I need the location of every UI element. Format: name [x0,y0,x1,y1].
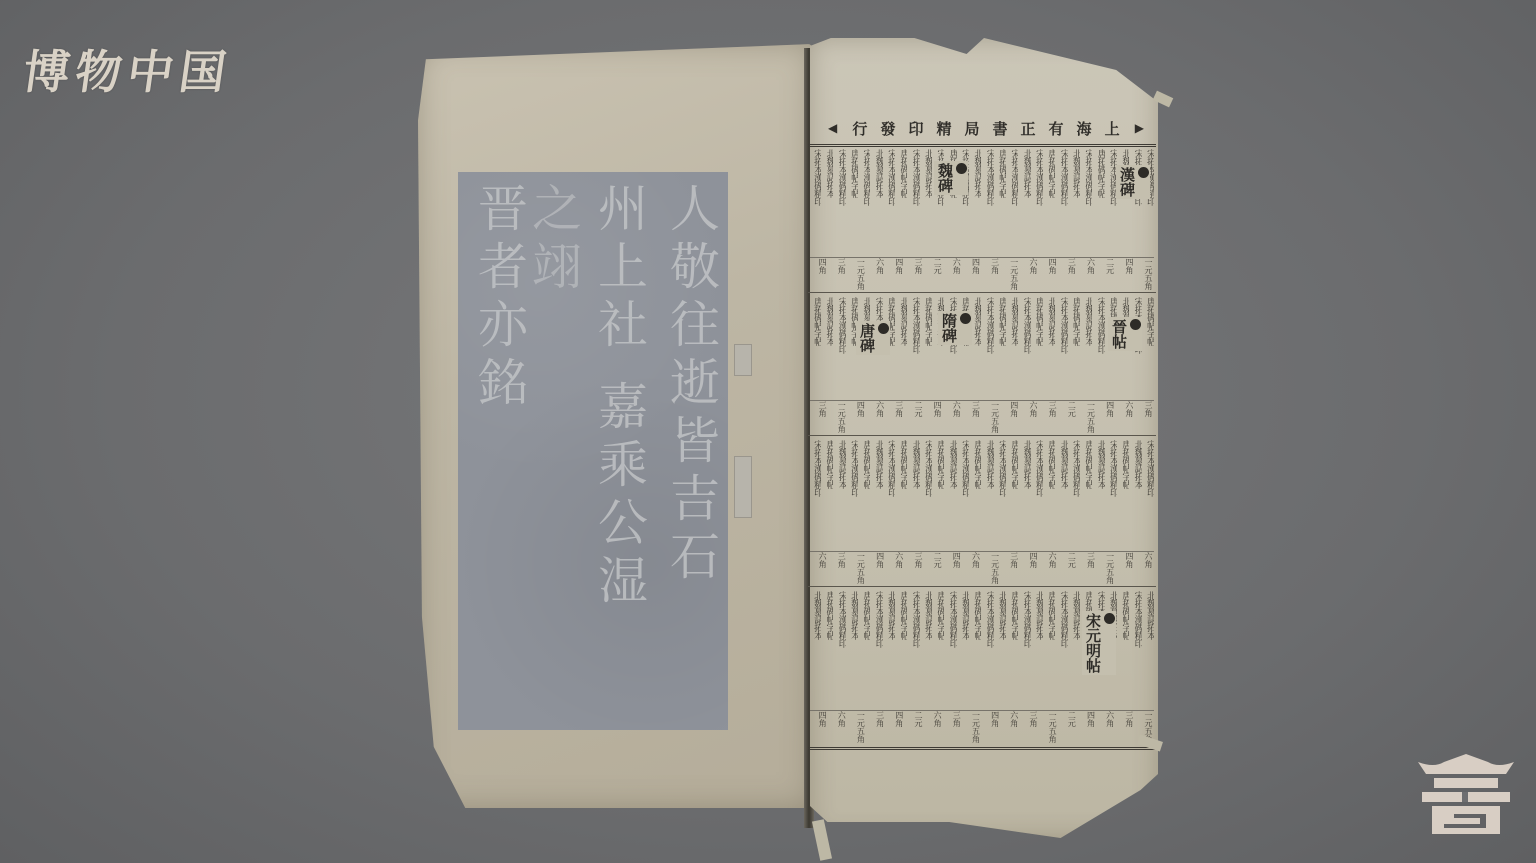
price: 四角 [887,711,905,743]
museum-china-logo: 博 物 中 国 [24,36,228,102]
price: 一元五角 [963,711,981,743]
price: 二元 [1097,258,1115,290]
header-char: 發 [880,118,895,139]
price: 六角 [1097,711,1115,743]
entry: 唐拓碑帖字帖 [1118,591,1129,709]
entry: 北魏墓誌拓本 [822,149,833,256]
entry: 宋拓本漢碑精印 [908,149,919,256]
entry: 北魏墓誌拓本 [982,440,993,550]
entry: 唐拓碑帖字帖 [1093,149,1104,256]
entry: 唐拓碑帖字帖 [847,149,858,256]
price: 六角 [963,552,981,584]
price: 二元 [1059,401,1077,433]
price: 四角 [1040,258,1058,290]
section-heading-wei-stele: 魏碑 [934,161,968,195]
section-title: 宋元明帖 [1084,613,1102,673]
logo-char: 中 [123,36,180,102]
section-title: 隋碑 [940,313,958,343]
price: 三角 [982,258,1000,290]
entry: 宋拓本漢碑精印 [859,149,870,256]
entry: 北魏墓誌拓本 [908,440,919,550]
entry: 宋拓本漢碑精印 [1130,591,1141,709]
price-row: 一元五角 三角 六角 四角 二元 一元五角 三角 六角 四角 一元五角 三角 六… [810,710,1154,743]
price: 一元五角 [982,552,1000,584]
entry: 宋拓本漢碑精印 [1056,297,1067,399]
entry: 北魏墓誌拓本 [1081,297,1092,399]
entry: 北魏墓誌拓本 [871,440,882,550]
entry: 北魏墓誌拓本 [1093,440,1104,550]
entry: 北魏墓誌拓本 [921,149,932,256]
entry-columns: 宋拓本漢碑精印 宋拓本漢碑精印 北魏墓誌拓本 宋拓本漢碑精印 唐拓碑帖字帖 宋拓… [810,149,1154,256]
price: 三角 [1059,258,1077,290]
entry: 北魏墓誌拓本 [1032,591,1043,709]
price: 六角 [944,258,962,290]
entry: 宋拓本漢碑精印 [982,591,993,709]
entry: 唐拓碑帖字帖 [859,591,870,709]
price: 四角 [1117,258,1135,290]
price: 一元五角 [1097,552,1115,584]
stele-rubbing: 人敬往逝皆吉石 州上社 嘉乘公湿 之翊 晋者亦銘 [458,172,728,730]
entry: 唐拓碑帖字帖 [1007,591,1018,709]
section-heading-tang-stele: 唐碑 [856,321,890,355]
entry: 宋拓本漢碑精印 [884,440,895,550]
logo-char: 博 [19,36,76,102]
entry: 唐拓碑帖字帖 [896,440,907,550]
entry: 宋拓本漢碑精印 [1081,149,1092,256]
price: 一元五角 [1078,401,1096,433]
price: 二元 [906,401,924,433]
price: 二元 [906,711,924,743]
section-title: 漢碑 [1118,167,1136,197]
header-char: 精 [936,118,951,139]
entry: 宋拓本漢碑精印 [1069,440,1080,550]
entry: 宋拓本漢碑精印 [1032,440,1043,550]
pavilion-logo-icon [1414,752,1518,838]
price: 一元五角 [848,711,866,743]
price: 二元 [1059,711,1077,743]
entry: 北魏墓誌拓本 [1007,297,1018,399]
price: 三角 [1040,401,1058,433]
bullet-icon [1130,319,1141,330]
entry: 宋拓本漢碑精印 [921,440,932,550]
entry: 北魏墓誌拓本 [896,297,907,399]
bullet-icon [960,313,971,324]
logo-char: 国 [175,36,232,102]
price: 六角 [944,401,962,433]
rubbing-column: 人敬往逝皆吉石 [666,182,716,588]
entry: 北魏墓誌拓本 [958,591,969,709]
entry: 唐拓碑帖字帖 [970,591,981,709]
price: 三角 [1002,552,1020,584]
entry: 宋拓本漢碑精印 [810,440,821,550]
entry: 宋拓本漢碑精印 [958,440,969,550]
price: 四角 [887,258,905,290]
header-char: 印 [908,118,923,139]
entry: 唐拓碑帖字帖 [822,440,833,550]
price: 六角 [1136,552,1154,584]
entry: 北魏墓誌拓本 [945,440,956,550]
catalog-band-4: 北魏墓誌拓本 宋拓本漢碑精印 唐拓碑帖字帖 北魏墓誌拓本 宋拓本漢碑精印 唐拓碑… [808,589,1156,745]
price: 六角 [829,711,847,743]
price-row: 一元五角 四角 二元 六角 三角 四角 六角 一元五角 三角 四角 六角 二元 … [810,257,1154,290]
catalog-band-2: 唐拓碑帖字帖 宋拓本漢碑精印 北魏墓誌拓本 唐拓碑帖字帖 宋拓本漢碑精印 北魏墓… [808,295,1156,436]
price: 三角 [1021,711,1039,743]
entry: 唐拓碑帖字帖 [1081,440,1092,550]
entry: 北魏墓誌拓本 [884,591,895,709]
entry: 唐拓碑帖字帖 [933,591,944,709]
price: 四角 [1117,552,1135,584]
entry: 宋拓本漢碑精印 [884,149,895,256]
bullet-icon [956,163,967,174]
section-title: 魏碑 [936,163,954,193]
entry: 宋拓本漢碑精印 [847,440,858,550]
section-title: 晉帖 [1110,319,1128,349]
price: 六角 [925,711,943,743]
price: 四角 [982,711,1000,743]
entry: 北魏墓誌拓本 [834,440,845,550]
header-char: 局 [964,118,979,139]
bullet-icon [1138,167,1149,178]
price: 四角 [944,552,962,584]
entry: 唐拓碑帖字帖 [995,149,1006,256]
price: 六角 [1002,711,1020,743]
price: 三角 [829,552,847,584]
price: 四角 [1021,552,1039,584]
entry: 宋拓本漢碑精印 [834,149,845,256]
price: 一元五角 [1002,258,1020,290]
header-char: 海 [1077,118,1092,139]
price: 一元五角 [848,552,866,584]
rubbing-column: 晋者亦銘 [474,182,524,414]
price: 二元 [925,552,943,584]
price-row: 六角 四角 一元五角 三角 二元 六角 四角 三角 一元五角 六角 四角 二元 … [810,551,1154,584]
price: 三角 [906,552,924,584]
section-title: 唐碑 [858,323,876,353]
entry: 宋拓本漢碑精印 [1143,440,1154,550]
price: 四角 [1097,401,1115,433]
price: 三角 [1117,711,1135,743]
arrow-right-icon: ▶ [1135,121,1144,135]
price: 四角 [810,711,828,743]
price: 一元五角 [982,401,1000,433]
entry: 唐拓碑帖字帖 [896,591,907,709]
entry: 宋拓本漢碑精印 [871,591,882,709]
price: 二元 [1059,552,1077,584]
price: 六角 [810,552,828,584]
price: 三角 [867,711,885,743]
entry: 唐拓碑帖字帖 [921,297,932,399]
entry: 北魏墓誌拓本 [810,591,821,709]
entry: 宋拓本漢碑精印 [945,591,956,709]
price: 三角 [810,401,828,433]
entry: 唐拓碑帖字帖 [1044,440,1055,550]
entry: 北魏墓誌拓本 [822,297,833,399]
price: 四角 [848,401,866,433]
catalog-table: 宋拓本漢碑精印 宋拓本漢碑精印 北魏墓誌拓本 宋拓本漢碑精印 唐拓碑帖字帖 宋拓… [808,144,1156,750]
price: 六角 [1040,552,1058,584]
price: 三角 [944,711,962,743]
price: 三角 [963,401,981,433]
antique-book: 人敬往逝皆吉石 州上社 嘉乘公湿 之翊 晋者亦銘 ◀ 行 發 印 精 局 書 正… [418,38,1158,838]
header-char: 上 [1105,118,1120,139]
seal-mark [734,344,752,376]
entry: 宋拓本漢碑精印 [1093,297,1104,399]
price: 三角 [906,258,924,290]
price: 一元五角 [1040,711,1058,743]
entry: 宋拓本漢碑精印 [982,297,993,399]
entry: 宋拓本漢碑精印 [810,149,821,256]
entry: 北魏墓誌拓本 [970,149,981,256]
section-heading-han-stele: 漢碑 [1116,165,1150,199]
entry: 唐拓碑帖字帖 [933,440,944,550]
price: 一元五角 [829,401,847,433]
price: 四角 [1002,401,1020,433]
entry: 唐拓碑帖字帖 [1007,440,1018,550]
entry: 宋拓本漢碑精印 [1106,440,1117,550]
entry: 北魏墓誌拓本 [1143,591,1154,709]
catalog-band-3: 宋拓本漢碑精印 北魏墓誌拓本 唐拓碑帖字帖 宋拓本漢碑精印 北魏墓誌拓本 唐拓碑… [808,438,1156,587]
entry: 宋拓本漢碑精印 [1019,297,1030,399]
price: 一元五角 [848,258,866,290]
price: 六角 [1117,401,1135,433]
seal-mark [734,456,752,518]
entry: 唐拓碑帖字帖 [1044,591,1055,709]
entry: 唐拓碑帖字帖 [1069,297,1080,399]
entry: 宋拓本漢碑精印 [1056,591,1067,709]
left-page: 人敬往逝皆吉石 州上社 嘉乘公湿 之翊 晋者亦銘 [418,44,812,808]
entry: 北魏墓誌拓本 [1056,440,1067,550]
entry: 宋拓本漢碑精印 [1056,149,1067,256]
price: 四角 [963,258,981,290]
entry: 唐拓碑帖字帖 [970,440,981,550]
entry: 北魏墓誌拓本 [1069,149,1080,256]
publisher-header: ◀ 行 發 印 精 局 書 正 有 海 上 ▶ [828,116,1144,140]
price: 六角 [1021,401,1039,433]
entry: 宋拓本漢碑精印 [1007,149,1018,256]
entry: 唐拓碑帖字帖 [896,149,907,256]
rubbing-column: 州上社 嘉乘公湿 [594,182,644,612]
catalog-band-1: 宋拓本漢碑精印 宋拓本漢碑精印 北魏墓誌拓本 宋拓本漢碑精印 唐拓碑帖字帖 宋拓… [808,147,1156,293]
price: 三角 [1136,401,1154,433]
entry: 北魏墓誌拓本 [921,591,932,709]
entry: 宋拓本漢碑精印 [982,149,993,256]
price: 三角 [829,258,847,290]
entry: 北魏墓誌拓本 [1019,440,1030,550]
price: 一元五角 [1136,258,1154,290]
bullet-icon [1104,613,1115,624]
arrow-left-icon: ◀ [828,121,837,135]
entry: 唐拓碑帖字帖 [1032,297,1043,399]
entry: 唐拓碑帖字帖 [822,591,833,709]
header-char: 行 [852,118,867,139]
price: 四角 [867,552,885,584]
entry: 北魏墓誌拓本 [1069,591,1080,709]
entry: 唐拓碑帖字帖 [995,297,1006,399]
entry: 唐拓碑帖字帖 [1143,297,1154,399]
entry: 北魏墓誌拓本 [1019,149,1030,256]
price: 六角 [1021,258,1039,290]
logo-char: 物 [71,36,128,102]
section-heading-jin-tie: 晉帖 [1108,317,1142,351]
price: 六角 [867,401,885,433]
entry: 唐拓碑帖字帖 [1044,149,1055,256]
price: 三角 [887,401,905,433]
entry: 宋拓本漢碑精印 [834,591,845,709]
entry: 宋拓本漢碑精印 [1032,149,1043,256]
entry: 北魏墓誌拓本 [1130,440,1141,550]
section-heading-sui-stele: 隋碑 [938,311,972,345]
entry: 唐拓碑帖字帖 [1118,440,1129,550]
entry: 宋拓本漢碑精印 [834,297,845,399]
rubbing-column: 之翊 [528,182,578,298]
price: 六角 [867,258,885,290]
price: 四角 [810,258,828,290]
entry: 唐拓碑帖字帖 [810,297,821,399]
entry: 北魏墓誌拓本 [1044,297,1055,399]
entry: 宋拓本漢碑精印 [908,591,919,709]
header-char: 正 [1021,118,1036,139]
entry-columns: 宋拓本漢碑精印 北魏墓誌拓本 唐拓碑帖字帖 宋拓本漢碑精印 北魏墓誌拓本 唐拓碑… [810,440,1154,550]
entry: 北魏墓誌拓本 [995,591,1006,709]
entry: 宋拓本漢碑精印 [995,440,1006,550]
entry: 唐拓碑帖字帖 [859,440,870,550]
price: 三角 [1078,552,1096,584]
entry: 北魏墓誌拓本 [847,591,858,709]
entry: 宋拓本漢碑精印 [908,297,919,399]
price: 四角 [1078,711,1096,743]
entry: 宋拓本漢碑精印 [1019,591,1030,709]
section-heading-song-yuan-ming-tie: 宋元明帖 [1082,611,1116,675]
price: 六角 [1078,258,1096,290]
header-char: 書 [993,118,1008,139]
price: 二元 [925,258,943,290]
price: 六角 [887,552,905,584]
entry: 北魏墓誌拓本 [871,149,882,256]
price-row: 三角 六角 四角 一元五角 二元 三角 六角 四角 一元五角 三角 六角 四角 … [810,400,1154,433]
price: 四角 [925,401,943,433]
bullet-icon [878,323,889,334]
header-char: 有 [1049,118,1064,139]
